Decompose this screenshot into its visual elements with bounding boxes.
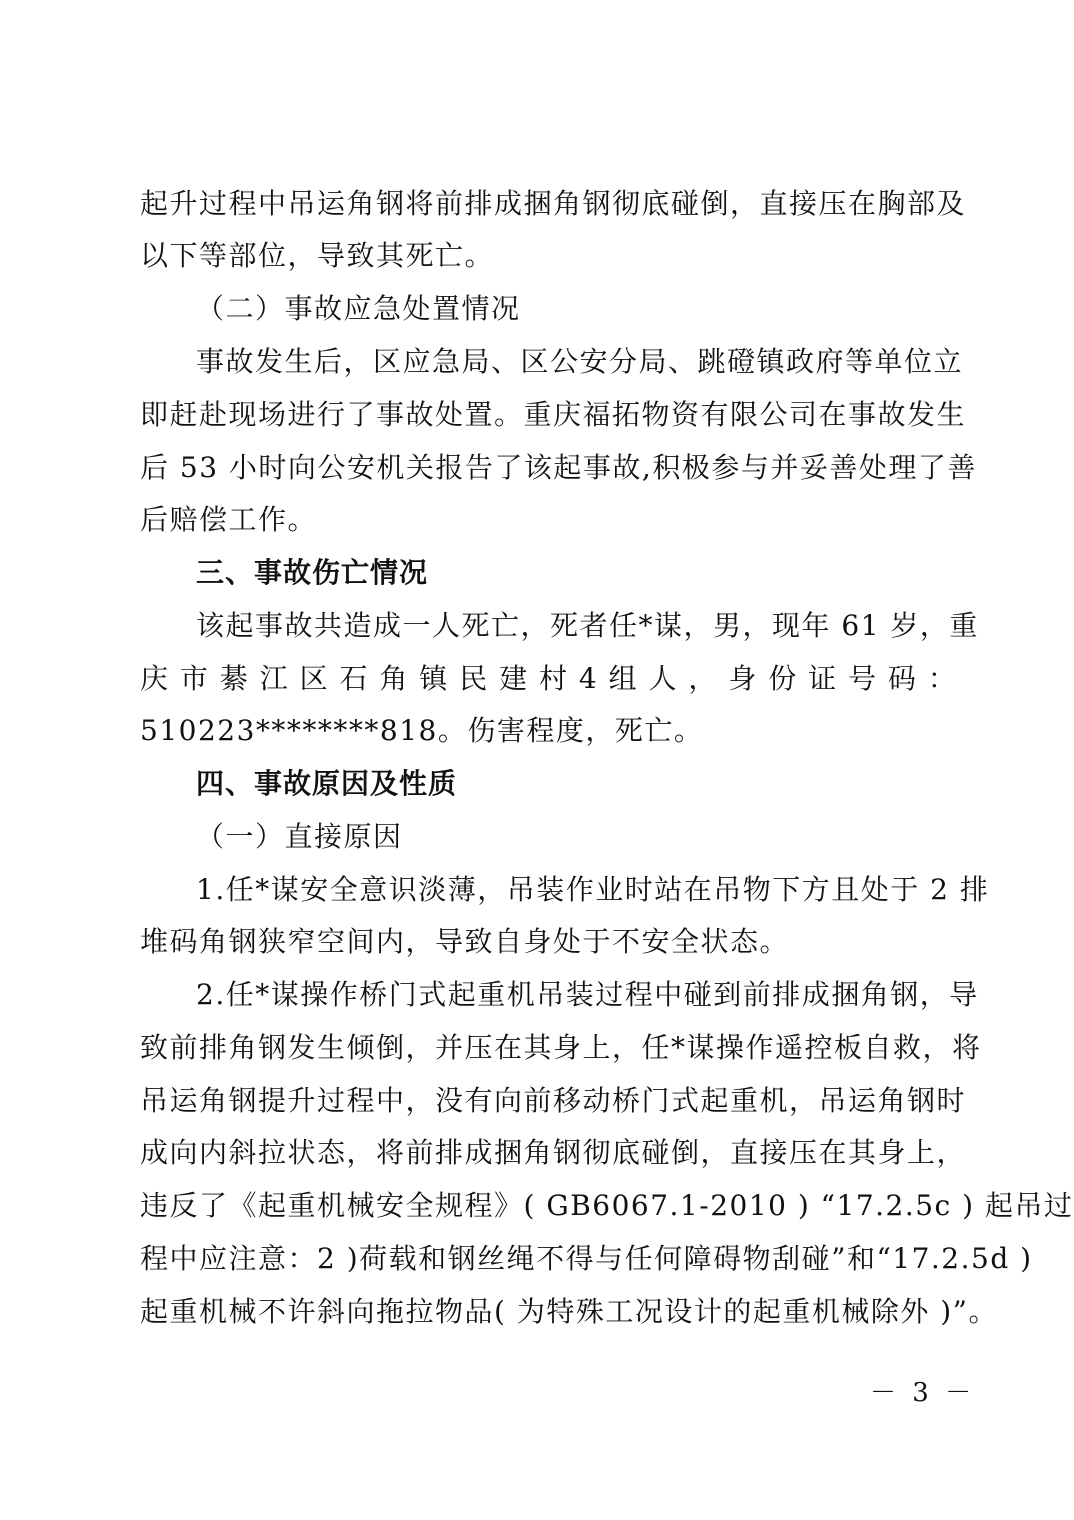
document-page: 起升过程中吊运角钢将前排成捆角钢彻底碰倒，直接压在胸部及 以下等部位，导致其死亡… xyxy=(0,0,1074,1520)
paragraph-line: 庆 市 綦 江 区 石 角 镇 民 建 村 4 组 人 ， 身 份 证 号 码 … xyxy=(140,661,938,697)
section-heading: 四、事故原因及性质 xyxy=(196,766,938,802)
paragraph-line: 2.任*谋操作桥门式起重机吊装过程中碰到前排成捆角钢，导 xyxy=(196,977,938,1013)
paragraph-line: 即赶赴现场进行了事故处置。重庆福拓物资有限公司在事故发生 xyxy=(140,397,938,433)
paragraph-line: 1.任*谋安全意识淡薄，吊装作业时站在吊物下方且处于 2 排 xyxy=(196,872,938,908)
paragraph-line: 起重机械不许斜向拖拉物品( 为特殊工况设计的起重机械除外 )”。 xyxy=(140,1294,938,1330)
paragraph-line: 堆码角钢狭窄空间内，导致自身处于不安全状态。 xyxy=(140,924,938,960)
paragraph-line: 后 53 小时向公安机关报告了该起事故,积极参与并妥善处理了善 xyxy=(140,450,938,486)
page-number: － 3 － xyxy=(870,1372,975,1409)
paragraph-line: 以下等部位，导致其死亡。 xyxy=(140,238,938,274)
paragraph-line: 致前排角钢发生倾倒，并压在其身上，任*谋操作遥控板自救，将 xyxy=(140,1030,938,1066)
paragraph-line: 该起事故共造成一人死亡，死者任*谋，男，现年 61 岁，重 xyxy=(196,608,938,644)
subsection-heading: （一）直接原因 xyxy=(196,819,938,855)
paragraph-line: 后赔偿工作。 xyxy=(140,502,938,538)
section-heading: 三、事故伤亡情况 xyxy=(196,555,938,591)
paragraph-line: 程中应注意：2 )荷载和钢丝绳不得与任何障碍物刮碰”和“17.2.5d ) xyxy=(140,1241,938,1277)
paragraph-line: 起升过程中吊运角钢将前排成捆角钢彻底碰倒，直接压在胸部及 xyxy=(140,186,938,222)
subsection-heading: （二）事故应急处置情况 xyxy=(196,291,938,327)
paragraph-line: 事故发生后，区应急局、区公安分局、跳磴镇政府等单位立 xyxy=(196,344,938,380)
paragraph-line: 违反了《起重机械安全规程》( GB6067.1-2010 ) “17.2.5c … xyxy=(140,1188,938,1224)
paragraph-line: 510223********818。伤害程度，死亡。 xyxy=(140,713,938,749)
paragraph-line: 吊运角钢提升过程中，没有向前移动桥门式起重机，吊运角钢时 xyxy=(140,1083,938,1119)
paragraph-line: 成向内斜拉状态，将前排成捆角钢彻底碰倒，直接压在其身上， xyxy=(140,1135,938,1171)
